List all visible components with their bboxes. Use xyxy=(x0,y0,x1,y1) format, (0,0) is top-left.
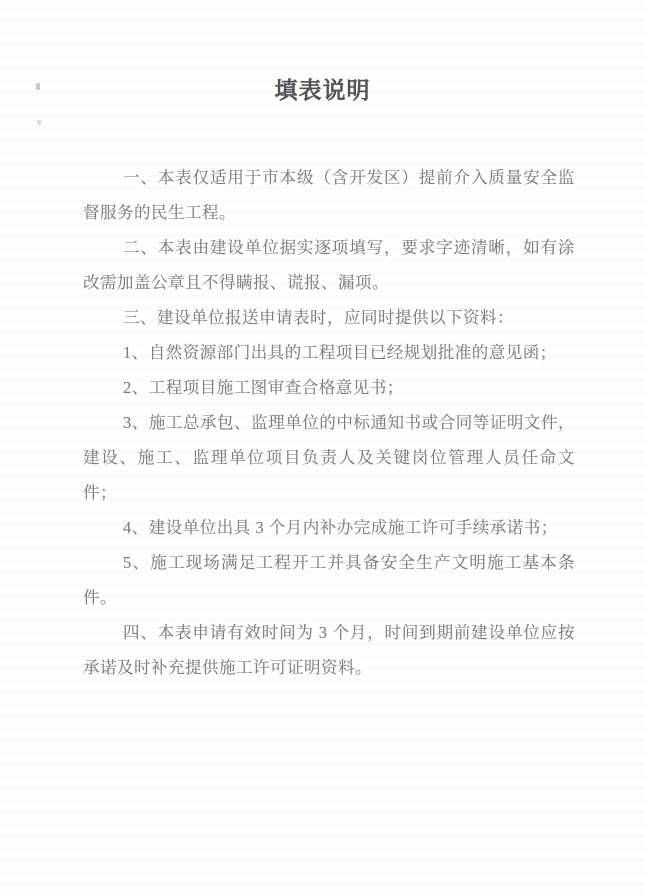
document-title: 填表说明 xyxy=(0,76,645,104)
scanned-document-page: 填表说明 一、本表仅适用于市本级（含开发区）提前介入质量安全监督服务的民生工程。… xyxy=(0,0,645,896)
list-item-3: 3、施工总承包、监理单位的中标通知书或合同等证明文件，建设、施工、监理单位项目负… xyxy=(83,405,575,510)
document-body: 一、本表仅适用于市本级（含开发区）提前介入质量安全监督服务的民生工程。 二、本表… xyxy=(83,160,575,685)
list-item-2: 2、工程项目施工图审查合格意见书； xyxy=(83,370,575,405)
paragraph-instruction-3: 三、建设单位报送申请表时，应同时提供以下资料： xyxy=(83,300,575,335)
paragraph-instruction-1: 一、本表仅适用于市本级（含开发区）提前介入质量安全监督服务的民生工程。 xyxy=(83,160,575,230)
list-item-5: 5、施工现场满足工程开工并具备安全生产文明施工基本条件。 xyxy=(83,545,575,615)
list-item-1: 1、自然资源部门出具的工程项目已经规划批准的意见函； xyxy=(83,335,575,370)
scan-artifact-dot xyxy=(37,120,41,125)
list-item-4: 4、建设单位出具 3 个月内补办完成施工许可手续承诺书； xyxy=(83,510,575,545)
paragraph-instruction-2: 二、本表由建设单位据实逐项填写，要求字迹清晰，如有涂改需加盖公章且不得瞒报、谎报… xyxy=(83,230,575,300)
paragraph-instruction-4: 四、本表申请有效时间为 3 个月，时间到期前建设单位应按承诺及时补充提供施工许可… xyxy=(83,615,575,685)
